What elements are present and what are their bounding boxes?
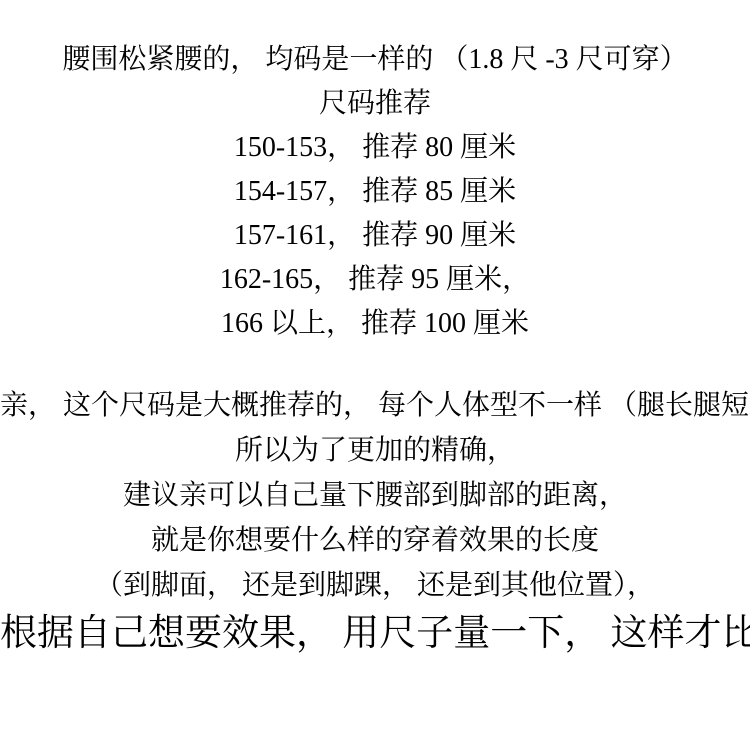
- note-line-measure-advice: 建议亲可以自己量下腰部到脚部的距离，: [0, 473, 750, 518]
- waist-elastic-info-line: 腰围松紧腰的， 均码是一样的 （1.8 尺 -3 尺可穿）: [0, 38, 750, 82]
- note-line-accuracy: 所以为了更加的精确，: [0, 428, 750, 473]
- size-row-157-161: 157-161， 推荐 90 厘米: [0, 214, 750, 258]
- note-line-body-type: 亲， 这个尺码是大概推荐的， 每个人体型不一样 （腿长腿短）: [0, 383, 750, 428]
- size-row-162-165: 162-165， 推荐 95 厘米，: [0, 258, 750, 302]
- note-line-positions: （到脚面， 还是到脚踝， 还是到其他位置），: [0, 563, 750, 608]
- size-row-150-153: 150-153， 推荐 80 厘米: [0, 126, 750, 170]
- size-guide-heading: 尺码推荐: [0, 82, 750, 126]
- size-guide-page: 腰围松紧腰的， 均码是一样的 （1.8 尺 -3 尺可穿） 尺码推荐 150-1…: [0, 0, 750, 750]
- size-row-154-157: 154-157， 推荐 85 厘米: [0, 170, 750, 214]
- size-row-166-plus: 166 以上， 推荐 100 厘米: [0, 302, 750, 346]
- note-line-wear-effect: 就是你想要什么样的穿着效果的长度: [0, 518, 750, 563]
- note-emphasis-line: 根据自己想要效果， 用尺子量一下， 这样才比较准: [0, 608, 750, 660]
